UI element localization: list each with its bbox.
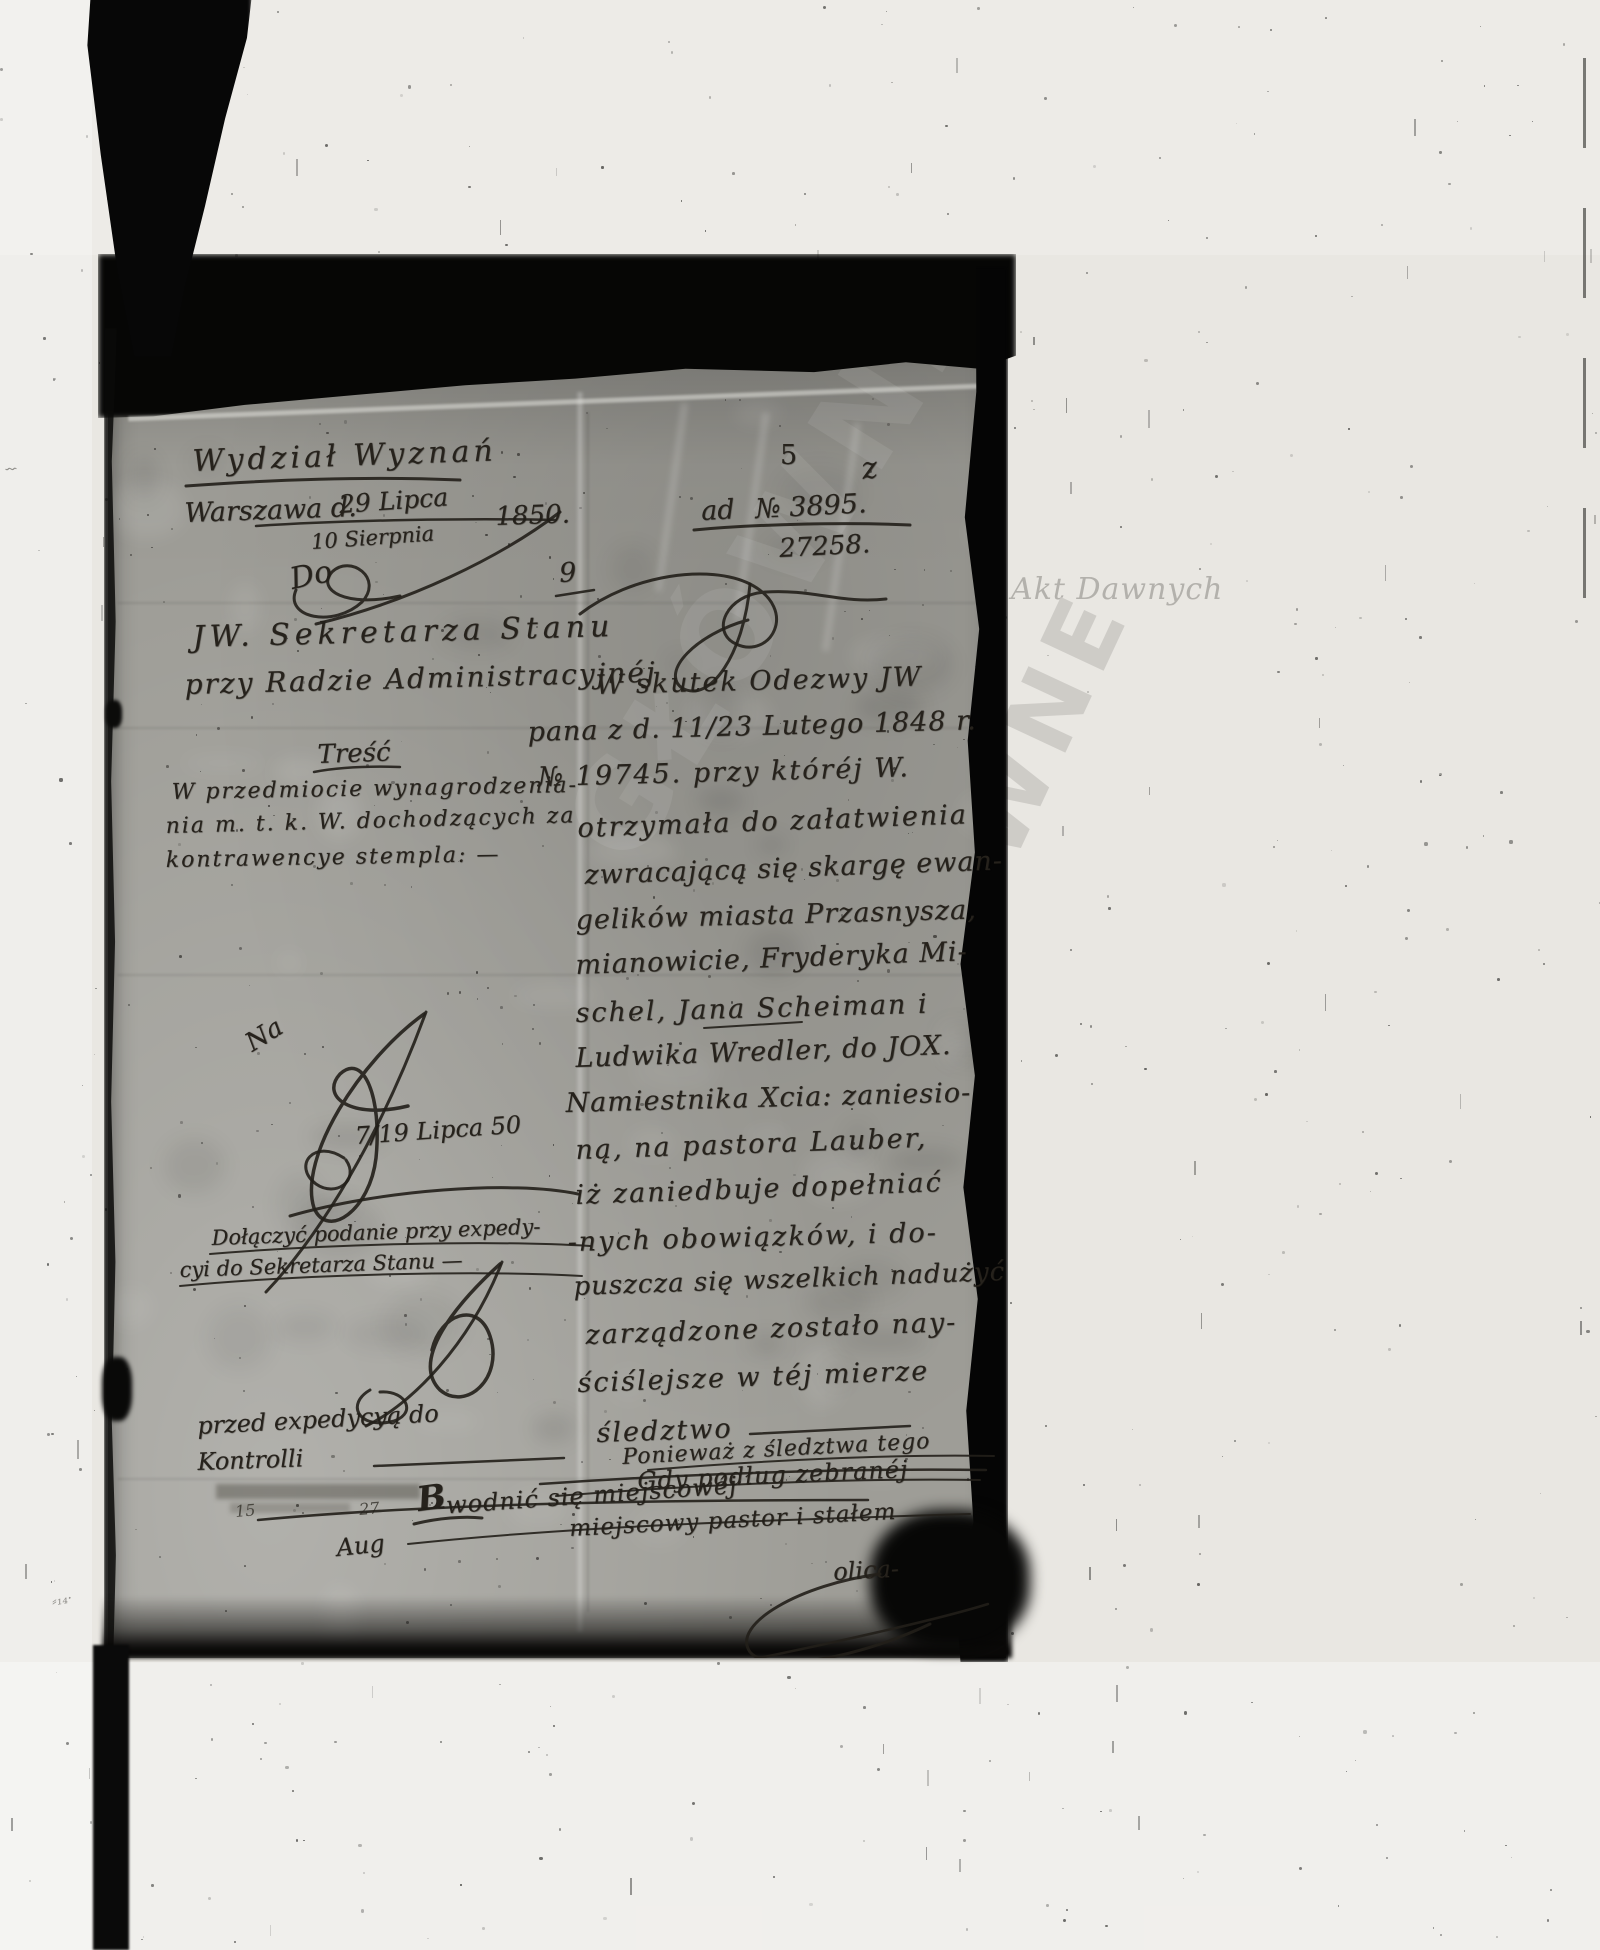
- manuscript-page: GŁÓWNE Wydział Wyznań Warszawa d. 29 Lip…: [108, 272, 1006, 1658]
- microfilm-scan: Główne Akt Dawnych WNE GŁÓWNE Wydział Wy…: [0, 0, 1600, 1950]
- margin-mark: ⸗₁₄·: [51, 1590, 74, 1610]
- ink-flourishes: [108, 272, 1006, 1658]
- film-edge-strip: [93, 1645, 129, 1950]
- film-background-bottom: [0, 1662, 1600, 1950]
- film-scratch: [1583, 58, 1586, 618]
- film-background-left: [0, 0, 92, 1950]
